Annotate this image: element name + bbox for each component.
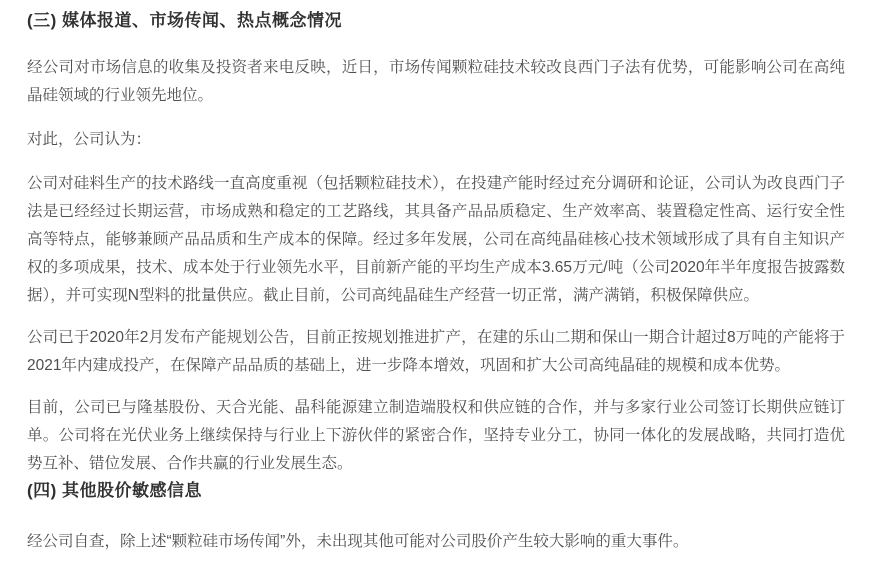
section-heading-media-reports: (三) 媒体报道、市场传闻、热点概念情况 [27, 8, 845, 34]
paragraph-technology-route: 公司对硅料生产的技术路线一直高度重视（包括颗粒硅技术），在投建产能时经过充分调研… [27, 170, 845, 310]
paragraph-market-rumor-intro: 经公司对市场信息的收集及投资者来电反映，近日，市场传闻颗粒硅技术较改良西门子法有… [27, 54, 845, 110]
paragraph-capacity-plan: 公司已于2020年2月发布产能规划公告，目前正按规划推进扩产，在建的乐山二期和保… [27, 324, 845, 380]
paragraph-self-inspection: 经公司自查，除上述“颗粒硅市场传闻”外，未出现其他可能对公司股价产生较大影响的重… [27, 528, 845, 556]
paragraph-industry-cooperation: 目前，公司已与隆基股份、天合光能、晶科能源建立制造端股权和供应链的合作，并与多家… [27, 394, 845, 478]
document-page: (三) 媒体报道、市场传闻、热点概念情况 经公司对市场信息的收集及投资者来电反映… [0, 0, 870, 586]
paragraph-company-opinion-lead: 对此，公司认为： [27, 126, 845, 154]
section-heading-other-price-sensitive-info: (四) 其他股价敏感信息 [27, 478, 845, 504]
